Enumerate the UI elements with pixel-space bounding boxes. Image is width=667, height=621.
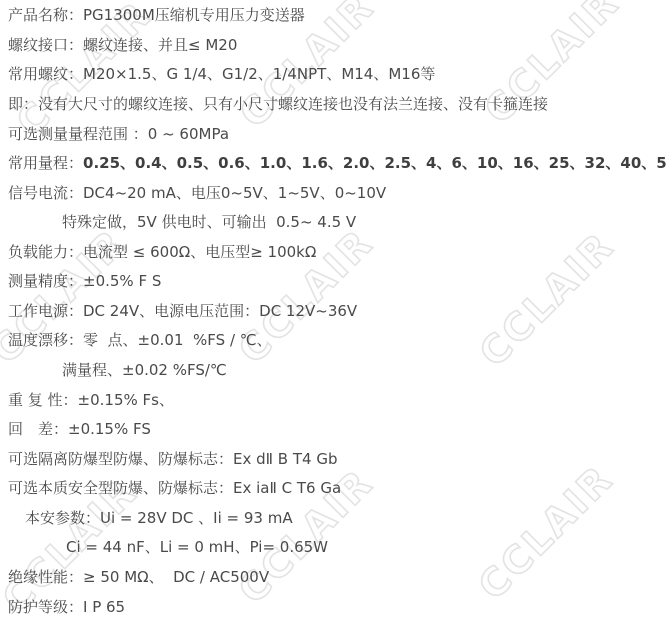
spec-line-text: 可选本质安全型防爆、防爆标志：Ex iaⅡ C T6 Ga — [8, 477, 341, 498]
spec-line-text: 产品名称：PG1300M压缩机专用压力变送器 — [8, 4, 305, 25]
spec-line-special-order: 特殊定做，5V 供电时、可输出 0.5~ 4.5 V — [0, 207, 667, 237]
spec-line-text: Ci = 44 nF、Li = 0 mH、Pi= 0.65W — [66, 536, 328, 557]
spec-line-text: 工作电源：DC 24V、电源电压范围：DC 12V~36V — [8, 300, 357, 321]
spec-line-is-parameters-2: Ci = 44 nF、Li = 0 mH、Pi= 0.65W — [0, 532, 667, 562]
spec-line-protection-rating: 防护等级：I P 65 — [0, 591, 667, 621]
spec-line-text: 本安参数：Ui = 28V DC 、Ii = 93 mA — [25, 507, 293, 528]
spec-line-range-options: 可选测量量程范围 ：0 ~ 60MPa — [0, 118, 667, 148]
spec-line-text: 温度漂移：零 点、±0.01 %FS / ℃、 — [8, 329, 272, 350]
spec-line-load-capacity: 负载能力：电流型 ≤ 600Ω、电压型≥ 100kΩ — [0, 237, 667, 267]
spec-line-power-supply: 工作电源：DC 24V、电源电压范围：DC 12V~36V — [0, 296, 667, 326]
spec-line-text: 满量程、±0.02 %FS/℃ — [62, 359, 227, 380]
spec-line-common-threads: 常用螺纹：M20×1.5、G 1/4、G1/2、1/4NPT、M14、M16等 — [0, 59, 667, 89]
spec-line-text: 测量精度：±0.5% F S — [8, 270, 161, 291]
spec-line-product-name: 产品名称：PG1300M压缩机专用压力变送器 — [0, 0, 667, 30]
spec-line-temp-drift-zero: 温度漂移：零 点、±0.01 %FS / ℃、 — [0, 325, 667, 355]
spec-line-text: 特殊定做，5V 供电时、可输出 0.5~ 4.5 V — [62, 211, 356, 232]
spec-line-text: 防护等级：I P 65 — [8, 596, 125, 617]
spec-line-insulation: 绝缘性能：≥ 50 MΩ、 DC / AC500V — [0, 562, 667, 592]
spec-line-temp-drift-fullscale: 满量程、±0.02 %FS/℃ — [0, 355, 667, 385]
spec-line-accuracy: 测量精度：±0.5% F S — [0, 266, 667, 296]
spec-line-common-ranges: 常用量程：0.25、0.4、0.5、0.6、1.0、1.6、2.0、2.5、4、… — [0, 148, 667, 178]
spec-text: 产品名称：PG1300M压缩机专用压力变送器 螺纹接口：螺纹连接、并且≤ M20… — [0, 0, 667, 621]
spec-line-text: 重 复 性：±0.15% Fs、 — [8, 389, 174, 410]
spec-line-thread-note: 即：没有大尺寸的螺纹连接、只有小尺寸螺纹连接也没有法兰连接、没有卡箍连接 — [0, 89, 667, 119]
spec-line-signal-output: 信号电流：DC4~20 mA、电压0~5V、1~5V、0~10V — [0, 177, 667, 207]
spec-line-values: 0.25、0.4、0.5、0.6、1.0、1.6、2.0、2.5、4、6、10、… — [83, 152, 667, 173]
spec-line-text: 信号电流：DC4~20 mA、电压0~5V、1~5V、0~10V — [8, 182, 386, 203]
spec-line-label: 常用量程： — [8, 152, 83, 173]
spec-line-is-parameters-1: 本安参数：Ui = 28V DC 、Ii = 93 mA — [0, 503, 667, 533]
spec-line-intrinsic-safety: 可选本质安全型防爆、防爆标志：Ex iaⅡ C T6 Ga — [0, 473, 667, 503]
spec-line-text: 螺纹接口：螺纹连接、并且≤ M20 — [8, 34, 237, 55]
spec-line-text: 绝缘性能：≥ 50 MΩ、 DC / AC500V — [8, 566, 269, 587]
spec-line-thread-interface: 螺纹接口：螺纹连接、并且≤ M20 — [0, 30, 667, 60]
spec-line-hysteresis: 回 差：±0.15% FS — [0, 414, 667, 444]
spec-document: CCLAIR CCLAIR CCLAIR CCLAIR CCLAIR CCLAI… — [0, 0, 667, 621]
spec-line-text: 常用螺纹：M20×1.5、G 1/4、G1/2、1/4NPT、M14、M16等 — [8, 63, 435, 84]
spec-line-text: 可选测量量程范围 ：0 ~ 60MPa — [8, 123, 229, 144]
spec-line-repeatability: 重 复 性：±0.15% Fs、 — [0, 384, 667, 414]
spec-line-text: 即：没有大尺寸的螺纹连接、只有小尺寸螺纹连接也没有法兰连接、没有卡箍连接 — [8, 93, 548, 114]
spec-line-text: 负载能力：电流型 ≤ 600Ω、电压型≥ 100kΩ — [8, 241, 316, 262]
spec-line-text: 可选隔离防爆型防爆、防爆标志：Ex dⅡ B T4 Gb — [8, 448, 337, 469]
spec-line-text: 回 差：±0.15% FS — [8, 418, 151, 439]
spec-line-flameproof: 可选隔离防爆型防爆、防爆标志：Ex dⅡ B T4 Gb — [0, 443, 667, 473]
